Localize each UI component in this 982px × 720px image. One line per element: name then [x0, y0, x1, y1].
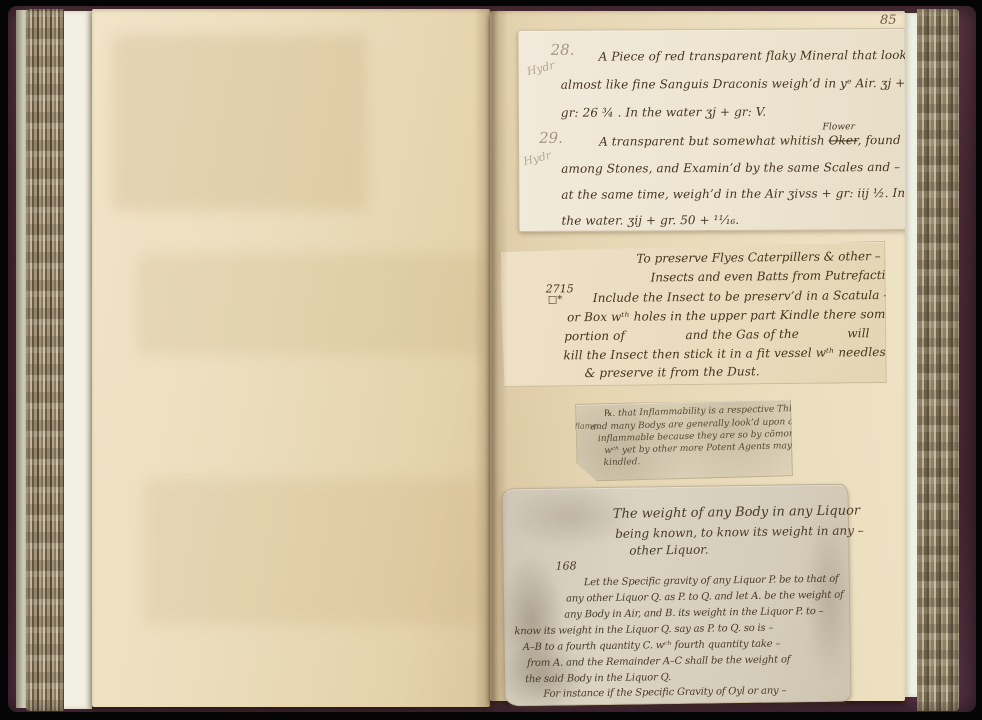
- book-gutter-shadow: [474, 9, 508, 707]
- slip-title-line: The weight of any Body in any Liquor: [613, 504, 860, 520]
- text-line: & preserve it from the Dust.: [585, 365, 760, 379]
- text-line: any other Liquor Q. as P. to Q. and let …: [566, 591, 844, 605]
- text-line: wᶜʰ yet by other more Potent Agents may …: [604, 442, 813, 456]
- margin-number-29: 29.: [539, 131, 563, 146]
- text-line: A Piece of red transparent flaky Mineral…: [599, 49, 922, 63]
- margin-label-hydr: Hydr: [522, 150, 552, 168]
- text-line: among Stones, and Examin’d by the same S…: [561, 161, 900, 175]
- margin-number-28: 28.: [551, 43, 575, 58]
- pasted-slip-weight-in-liquors: The weight of any Body in any Liquor bei…: [501, 484, 851, 707]
- margin-sigil: □*: [548, 295, 563, 305]
- text-line: know its weight in the Liquor Q. say as …: [514, 624, 773, 638]
- text-line: Include the Insect to be preserv’d in a …: [593, 289, 890, 304]
- text-line: For instance if the Specific Gravity of …: [543, 686, 786, 699]
- show-through-mark: [144, 479, 479, 624]
- text-line: Let the Specific gravity of any Liquor P…: [584, 575, 839, 589]
- struck-word: Oker: [829, 133, 858, 147]
- pasted-slip-inflammability: flame. ℞. that Inflammability is a respe…: [575, 398, 793, 482]
- left-blank-page: [92, 9, 490, 707]
- slip-title-line: being known, to know its weight in any –: [615, 524, 864, 539]
- text-line: from A. and the Remainder A–C shall be t…: [527, 655, 790, 669]
- pasted-slip-mineral-weighings: 28. Hydr 29. Hydr A Piece of red transpa…: [517, 28, 906, 232]
- inserted-word: Flower: [822, 123, 855, 132]
- right-underpage-edge: [905, 13, 917, 697]
- folio-number: 85: [880, 13, 897, 28]
- book-spread-photo: 85 28. Hydr 29. Hydr A Piece of red tran…: [0, 0, 982, 720]
- text-line: A transparent but somewhat whitish Flowe…: [599, 134, 901, 148]
- pasted-slip-preserving-insects: 2715 □* To preserve Flyes Caterpillers &…: [499, 241, 886, 387]
- left-foredge-pages: [26, 9, 64, 711]
- margin-number-2715: 2715: [546, 283, 574, 294]
- right-foredge-pages: [917, 9, 959, 711]
- strikethrough-correction: FlowerOker: [829, 133, 858, 147]
- margin-label-hydr: Hydr: [526, 60, 556, 78]
- slip-title-line: To preserve Flyes Caterpillers & other –: [636, 250, 880, 265]
- text-line: or Box wᵗʰ holes in the upper part Kindl…: [567, 308, 893, 323]
- show-through-mark: [112, 35, 367, 210]
- text-line: kill the Insect then stick it in a fit v…: [563, 346, 885, 361]
- left-underpage-edge: [64, 11, 92, 709]
- text-line: gr: 26 ¾ . In the water ʒj + gr: V.: [561, 106, 766, 119]
- text-line: almost like fine Sanguis Draconis weigh’…: [561, 77, 906, 91]
- slip-title-line: Insects and even Batts from Putrefaction…: [651, 269, 905, 284]
- text-line: at the same time, weigh’d in the Air ʒiv…: [561, 187, 905, 201]
- margin-number-168: 168: [556, 560, 577, 571]
- text-line: kindled.: [603, 458, 640, 468]
- slip-title-line: other Liquor.: [629, 544, 708, 557]
- text-line: the said Body in the Liquor Q.: [525, 673, 671, 685]
- text-fragment: A transparent but somewhat whitish: [599, 133, 829, 148]
- text-line: A–B to a fourth quantity C. wᶜʰ fourth q…: [523, 640, 781, 654]
- right-page: 85 28. Hydr 29. Hydr A Piece of red tran…: [490, 11, 905, 701]
- text-line: portion of and the Gas of the will: [564, 327, 869, 342]
- text-fragment: , found: [858, 133, 901, 147]
- text-line: any Body in Air, and B. its weight in th…: [564, 607, 823, 621]
- text-line: inflammable because they are so by cōmon…: [598, 429, 832, 444]
- text-line: the water. ʒij + gr. 50 + ¹¹⁄₁₆.: [561, 214, 739, 227]
- show-through-mark: [137, 254, 487, 354]
